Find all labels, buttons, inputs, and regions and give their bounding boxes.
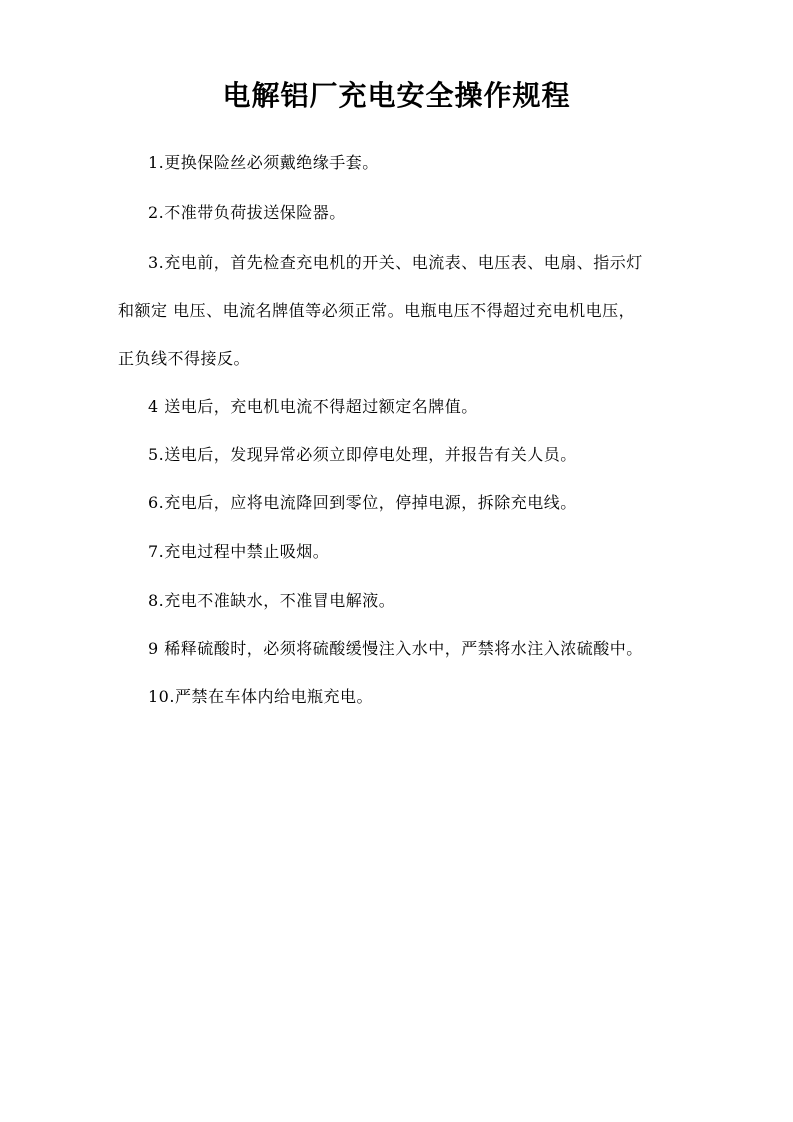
document-page: 电解铝厂充电安全操作规程 1.更换保险丝必须戴绝缘手套。 2.不准带负荷拔送保险… bbox=[0, 0, 793, 1122]
rule-item-10: 10.严禁在车体内给电瓶充电。 bbox=[148, 686, 373, 708]
rule-item-4: 4 送电后，充电机电流不得超过额定名牌值。 bbox=[148, 396, 478, 418]
document-title: 电解铝厂充电安全操作规程 bbox=[0, 76, 793, 116]
rule-item-9: 9 稀释硫酸时，必须将硫酸缓慢注入水中，严禁将水注入浓硫酸中。 bbox=[148, 638, 643, 660]
rule-item-5: 5.送电后，发现异常必须立即停电处理，并报告有关人员。 bbox=[148, 444, 577, 466]
rule-item-3-line-1: 3.充电前，首先检查充电机的开关、电流表、电压表、电扇、指示灯 bbox=[148, 252, 643, 274]
rule-item-3-line-3: 正负线不得接反。 bbox=[118, 348, 250, 370]
rule-item-7: 7.充电过程中禁止吸烟。 bbox=[148, 541, 329, 563]
rule-item-1: 1.更换保险丝必须戴绝缘手套。 bbox=[148, 152, 379, 174]
rule-item-6: 6.充电后，应将电流降回到零位，停掉电源，拆除充电线。 bbox=[148, 492, 577, 514]
rule-item-2: 2.不准带负荷拔送保险器。 bbox=[148, 202, 346, 224]
rule-item-3-line-2: 和额定 电压、电流名牌值等必须正常。电瓶电压不得超过充电机电压， bbox=[118, 300, 635, 322]
rule-item-8: 8.充电不准缺水，不准冒电解液。 bbox=[148, 590, 395, 612]
